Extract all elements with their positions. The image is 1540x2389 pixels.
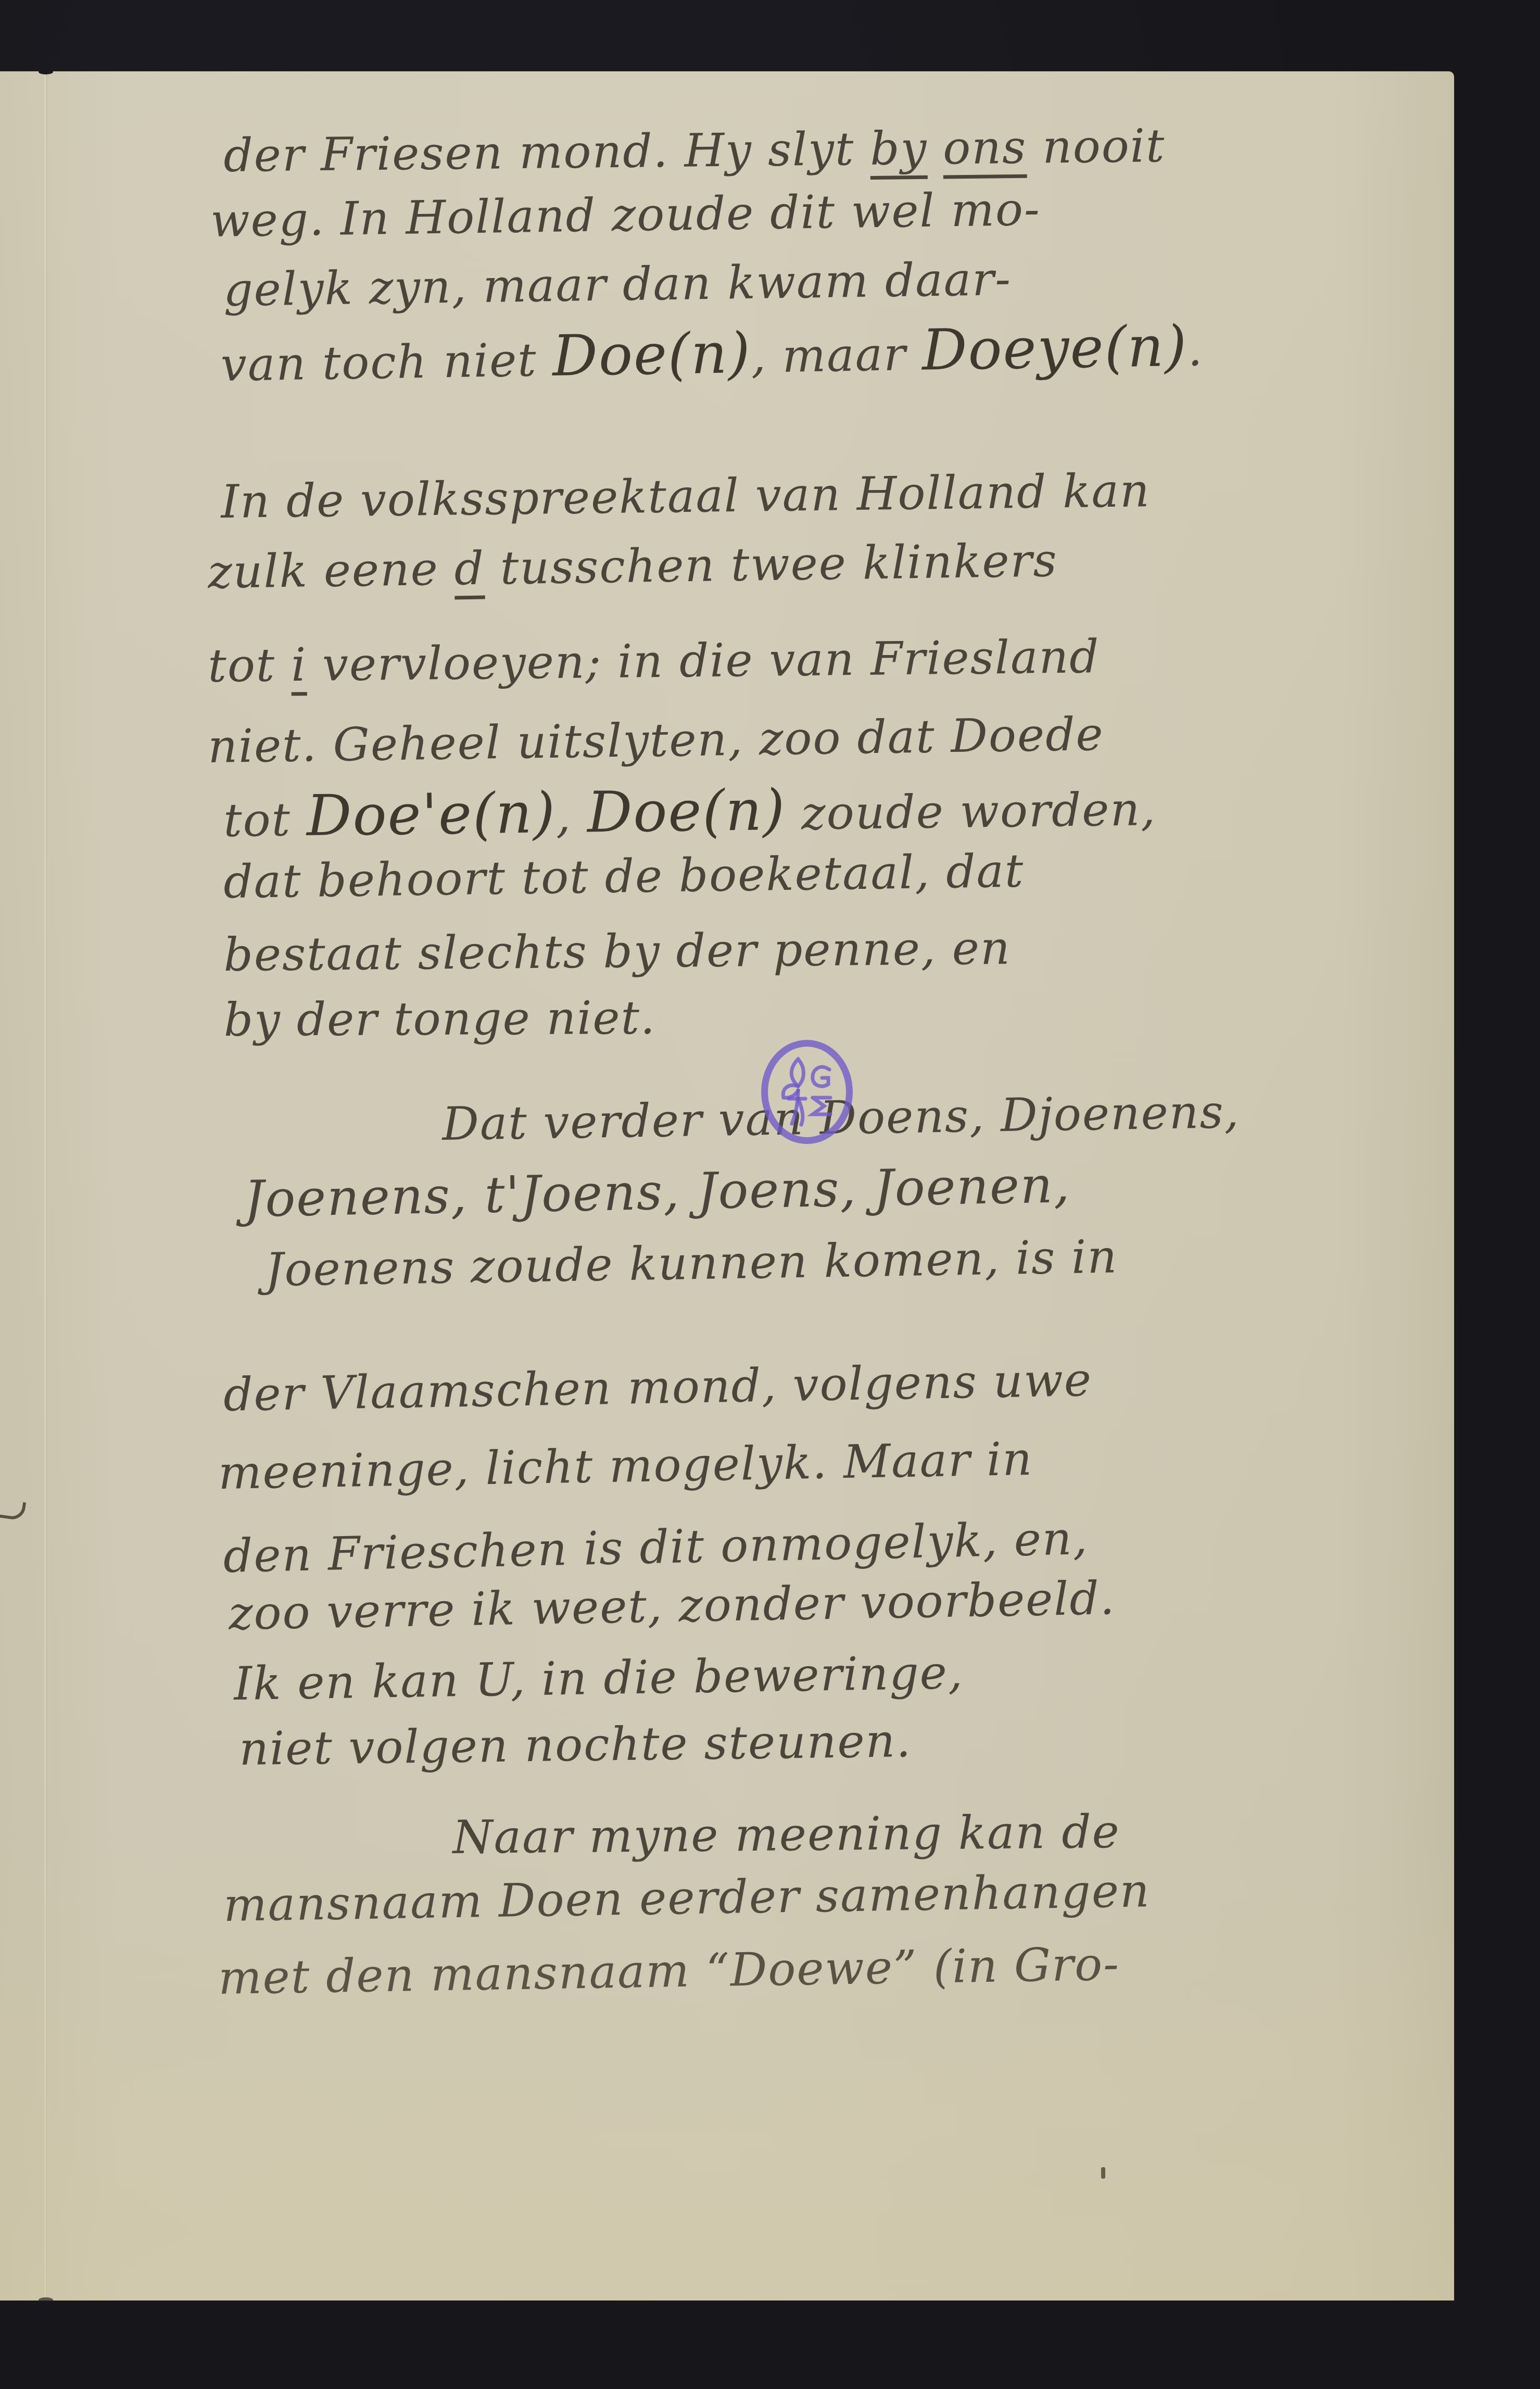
line-text: niet volgen nochte steunen.	[239, 1714, 912, 1776]
text-line-9: tot Doe'e(n), Doe(n) zoude worden,	[223, 773, 1156, 850]
line-text: bestaat slechts by der penne, en	[223, 921, 1011, 982]
line-text: , maar	[751, 327, 923, 383]
text-line-15: Joenens zoude kunnen komen, is in	[264, 1229, 1118, 1297]
line-text: gelyk zyn, maar dan kwam daar-	[223, 252, 1012, 317]
emphasized-name: Doe'e(n)	[306, 781, 556, 849]
line-text: niet. Geheel uitslyten, zoo dat Doede	[208, 707, 1105, 773]
line-text	[927, 121, 943, 175]
emphasized-name: Doe(n)	[587, 778, 786, 846]
text-line-18: den Frieschen is dit onmogelyk, en,	[223, 1511, 1089, 1583]
text-line-10: dat behoort tot de boeketaal, dat	[223, 844, 1025, 909]
underlined-word: ons	[943, 120, 1027, 175]
line-text: Joenens, t'Joens, Joens, Joenen,	[244, 1155, 1071, 1228]
text-line-20: Ik en kan U, in die beweringe,	[233, 1645, 964, 1711]
text-line-3: gelyk zyn, maar dan kwam daar-	[223, 252, 1012, 317]
text-line-12: by der tonge niet.	[223, 991, 656, 1047]
line-text: by der tonge niet.	[223, 991, 656, 1047]
line-text: tusschen twee klinkers	[484, 533, 1058, 595]
line-text: .	[1187, 322, 1204, 376]
text-line-1: der Friesen mond. Hy slyt by ons nooit	[223, 119, 1166, 182]
line-text: ,	[556, 789, 587, 843]
line-text: der Friesen mond. Hy slyt	[223, 122, 870, 182]
text-line-5: In de volksspreektaal van Holland kan	[221, 463, 1151, 529]
text-line-14: Joenens, t'Joens, Joens, Joenen,	[244, 1155, 1071, 1228]
fleur-de-lis-gm-monogram-icon	[768, 1047, 846, 1137]
line-text: zoude worden,	[786, 782, 1157, 840]
line-text: met den mansnaam “Doewe” (in Gro-	[218, 1937, 1120, 2005]
underlined-letter: d	[454, 542, 485, 596]
fold-notch-bottom	[39, 2297, 53, 2303]
line-text: mansnaam Doen eerder samenhangen	[223, 1864, 1151, 1932]
text-line-6: zulk eene d tusschen twee klinkers	[208, 533, 1058, 599]
line-text: tot	[208, 638, 292, 693]
text-line-7: tot i vervloeyen; in die van Friesland	[208, 630, 1100, 693]
line-text: nooit	[1027, 119, 1166, 174]
text-line-8: niet. Geheel uitslyten, zoo dat Doede	[208, 707, 1105, 773]
text-line-16: der Vlaamschen mond, volgens uwe	[223, 1353, 1092, 1422]
text-line-4: van toch niet Doe(n), maar Doeye(n).	[220, 313, 1204, 394]
text-line-22: Naar myne meening kan de	[452, 1805, 1120, 1864]
line-text: meeninge, licht mogelyk. Maar in	[218, 1432, 1033, 1500]
letter-page: der Friesen mond. Hy slyt by ons nooit w…	[0, 71, 1454, 2300]
underlined-word: by	[870, 121, 928, 175]
line-text: weg. In Holland zoude dit wel mo-	[210, 182, 1041, 247]
previous-page-ink-mark	[0, 1499, 26, 1521]
line-text: Naar myne meening kan de	[452, 1805, 1120, 1864]
emphasized-name: Doe(n)	[552, 321, 751, 389]
library-stamp	[761, 1040, 853, 1144]
page-fold-line	[45, 71, 47, 2300]
text-line-19: zoo verre ik weet, zonder voorbeeld.	[228, 1571, 1116, 1640]
ink-dot	[1101, 2167, 1105, 2179]
text-line-11: bestaat slechts by der penne, en	[223, 921, 1011, 982]
fold-notch-top	[39, 69, 53, 74]
line-text: tot	[223, 793, 307, 847]
line-text: Ik en kan U, in die beweringe,	[233, 1645, 964, 1711]
underlined-letter: i	[291, 638, 307, 691]
line-text: zoo verre ik weet, zonder voorbeeld.	[228, 1571, 1116, 1640]
line-text: vervloeyen; in die van Friesland	[307, 630, 1100, 691]
text-line-2: weg. In Holland zoude dit wel mo-	[210, 182, 1041, 247]
emphasized-name: Doeye(n)	[922, 314, 1188, 383]
text-line-21: niet volgen nochte steunen.	[239, 1714, 912, 1776]
line-text: van toch niet	[220, 333, 553, 392]
text-line-17: meeninge, licht mogelyk. Maar in	[218, 1432, 1033, 1500]
line-text: In de volksspreektaal van Holland kan	[221, 463, 1151, 529]
line-text: dat behoort tot de boeketaal, dat	[223, 844, 1025, 909]
text-line-23: mansnaam Doen eerder samenhangen	[223, 1864, 1151, 1932]
line-text: den Frieschen is dit onmogelyk, en,	[223, 1511, 1089, 1583]
line-text: der Vlaamschen mond, volgens uwe	[223, 1353, 1092, 1422]
line-text: Joenens zoude kunnen komen, is in	[264, 1229, 1118, 1297]
text-line-24: met den mansnaam “Doewe” (in Gro-	[218, 1937, 1120, 2005]
line-text: zulk eene	[208, 542, 455, 599]
